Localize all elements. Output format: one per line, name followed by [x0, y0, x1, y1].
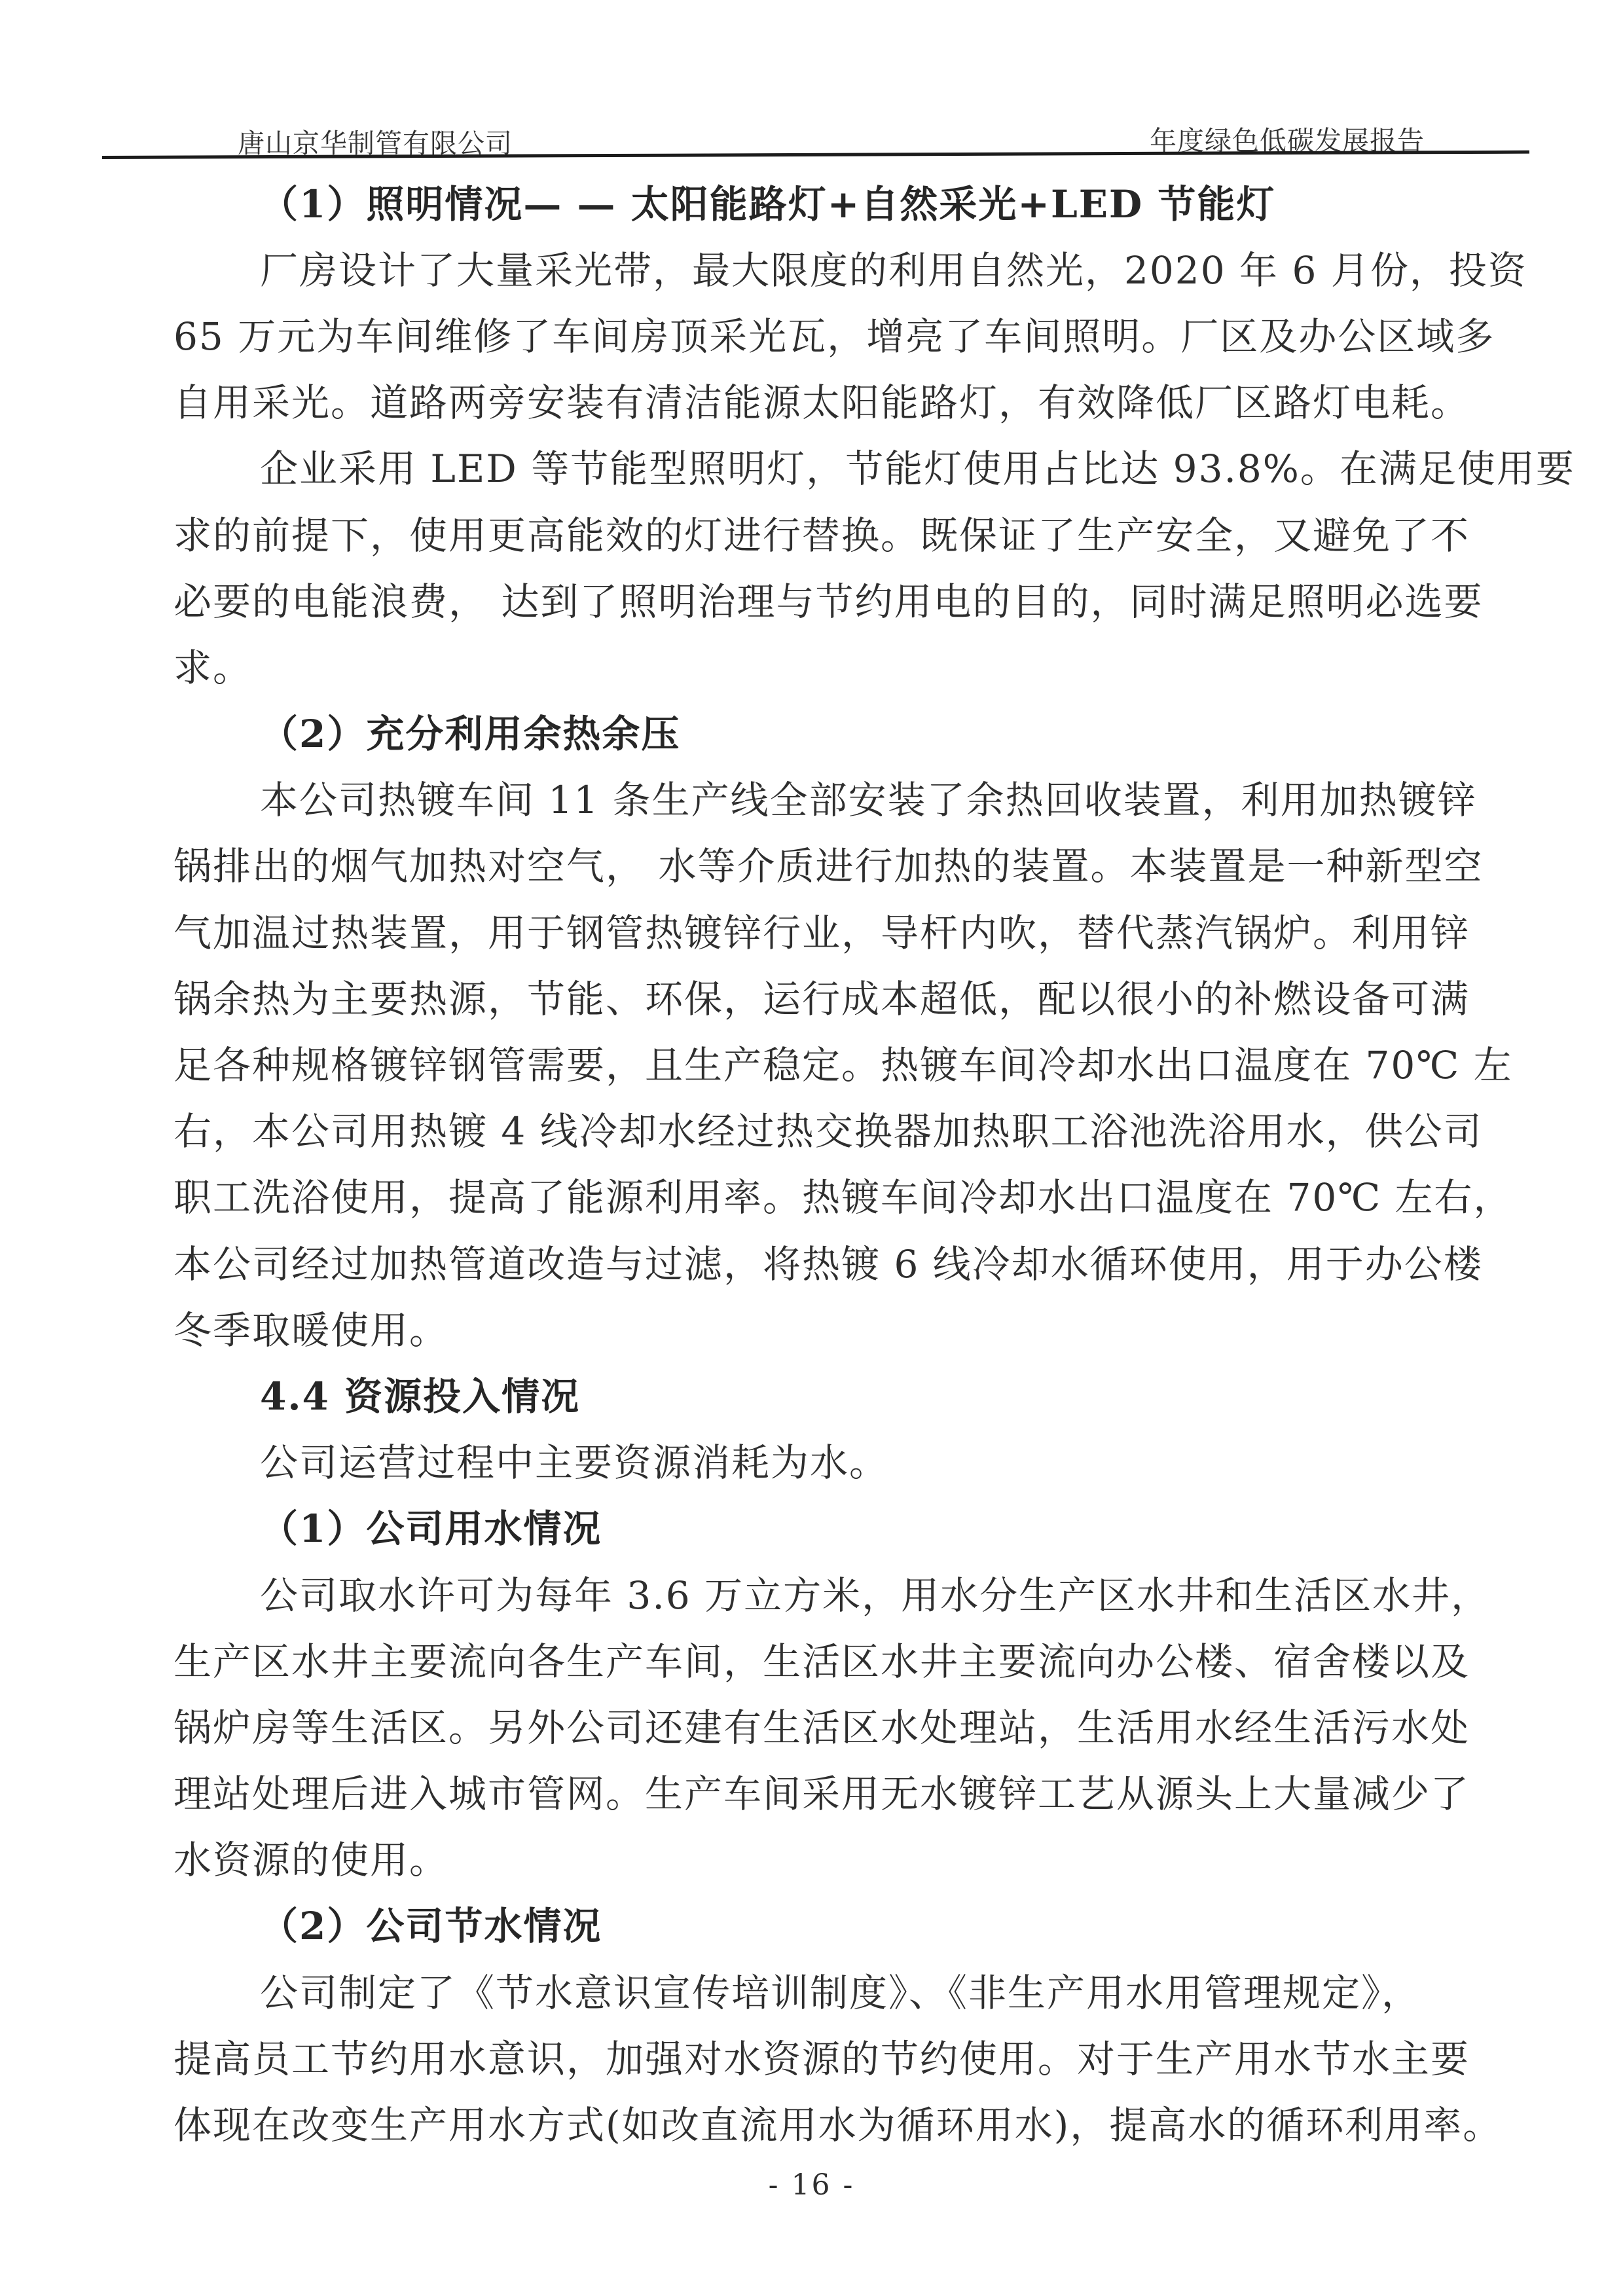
section-heading: 4.4 资源投入情况 [173, 1360, 1476, 1426]
body-line: 锅炉房等生活区。另外公司还建有生活区水处理站，生活用水经生活污水处 [173, 1691, 1476, 1757]
body-line: 企业采用 LED 等节能型照明灯，节能灯使用占比达 93.8%。在满足使用要 [173, 433, 1476, 499]
section-heading: （1）公司用水情况 [173, 1493, 1476, 1559]
body-line: 65 万元为车间维修了车间房顶采光瓦，增亮了车间照明。厂区及办公区域多 [173, 300, 1476, 366]
body-line: 厂房设计了大量采光带，最大限度的利用自然光，2020 年 6 月份，投资 [173, 234, 1476, 300]
body-line: 本公司经过加热管道改造与过滤，将热镀 6 线冷却水循环使用，用于办公楼 [173, 1228, 1476, 1294]
body-line: 足各种规格镀锌钢管需要，且生产稳定。热镀车间冷却水出口温度在 70℃ 左 [173, 1029, 1476, 1095]
body-line: 自用采光。道路两旁安装有清洁能源太阳能路灯，有效降低厂区路灯电耗。 [173, 367, 1476, 433]
body-line: 理站处理后进入城市管网。生产车间采用无水镀锌工艺从源头上大量减少了 [173, 1758, 1476, 1824]
document-body: （1）照明情况— — 太阳能路灯+自然采光+LED 节能灯厂房设计了大量采光带，… [173, 168, 1476, 2155]
body-line: 公司制定了《节水意识宣传培训制度》、《非生产用水用管理规定》， [173, 1956, 1476, 2022]
section-heading: （2）公司节水情况 [173, 1890, 1476, 1956]
body-line: 本公司热镀车间 11 条生产线全部安装了余热回收装置，利用加热镀锌 [173, 764, 1476, 830]
section-heading: （2）充分利用余热余压 [173, 698, 1476, 764]
body-line: 锅余热为主要热源，节能、环保，运行成本超低，配以很小的补燃设备可满 [173, 962, 1476, 1029]
body-line: 公司运营过程中主要资源消耗为水。 [173, 1427, 1476, 1493]
body-line: 职工洗浴使用，提高了能源利用率。热镀车间冷却水出口温度在 70℃ 左右， [173, 1161, 1476, 1228]
body-line: 公司取水许可为每年 3.6 万立方米，用水分生产区水井和生活区水井， [173, 1559, 1476, 1625]
body-line: 气加温过热装置，用于钢管热镀锌行业，导杆内吹，替代蒸汽锅炉。利用锌 [173, 896, 1476, 962]
body-line: 求。 [173, 631, 1476, 697]
body-line: 水资源的使用。 [173, 1824, 1476, 1890]
body-line: 右，本公司用热镀 4 线冷却水经过热交换器加热职工浴池洗浴用水，供公司 [173, 1095, 1476, 1161]
body-line: 提高员工节约用水意识，加强对水资源的节约使用。对于生产用水节水主要 [173, 2022, 1476, 2088]
body-line: 冬季取暖使用。 [173, 1294, 1476, 1360]
section-heading: （1）照明情况— — 太阳能路灯+自然采光+LED 节能灯 [173, 168, 1476, 234]
body-line: 锅排出的烟气加热对空气， 水等介质进行加热的装置。本装置是一种新型空 [173, 830, 1476, 896]
document-page: 唐山京华制管有限公司 年度绿色低碳发展报告 （1）照明情况— — 太阳能路灯+自… [0, 0, 1623, 2296]
body-line: 体现在改变生产用水方式(如改直流用水为循环用水)，提高水的循环利用率。 [173, 2088, 1476, 2155]
body-line: 生产区水井主要流向各生产车间，生活区水井主要流向办公楼、宿舍楼以及 [173, 1625, 1476, 1691]
body-line: 必要的电能浪费， 达到了照明治理与节约用电的目的，同时满足照明必选要 [173, 565, 1476, 631]
body-line: 求的前提下，使用更高能效的灯进行替换。既保证了生产安全，又避免了不 [173, 499, 1476, 565]
page-number: - 16 - [0, 2168, 1623, 2202]
